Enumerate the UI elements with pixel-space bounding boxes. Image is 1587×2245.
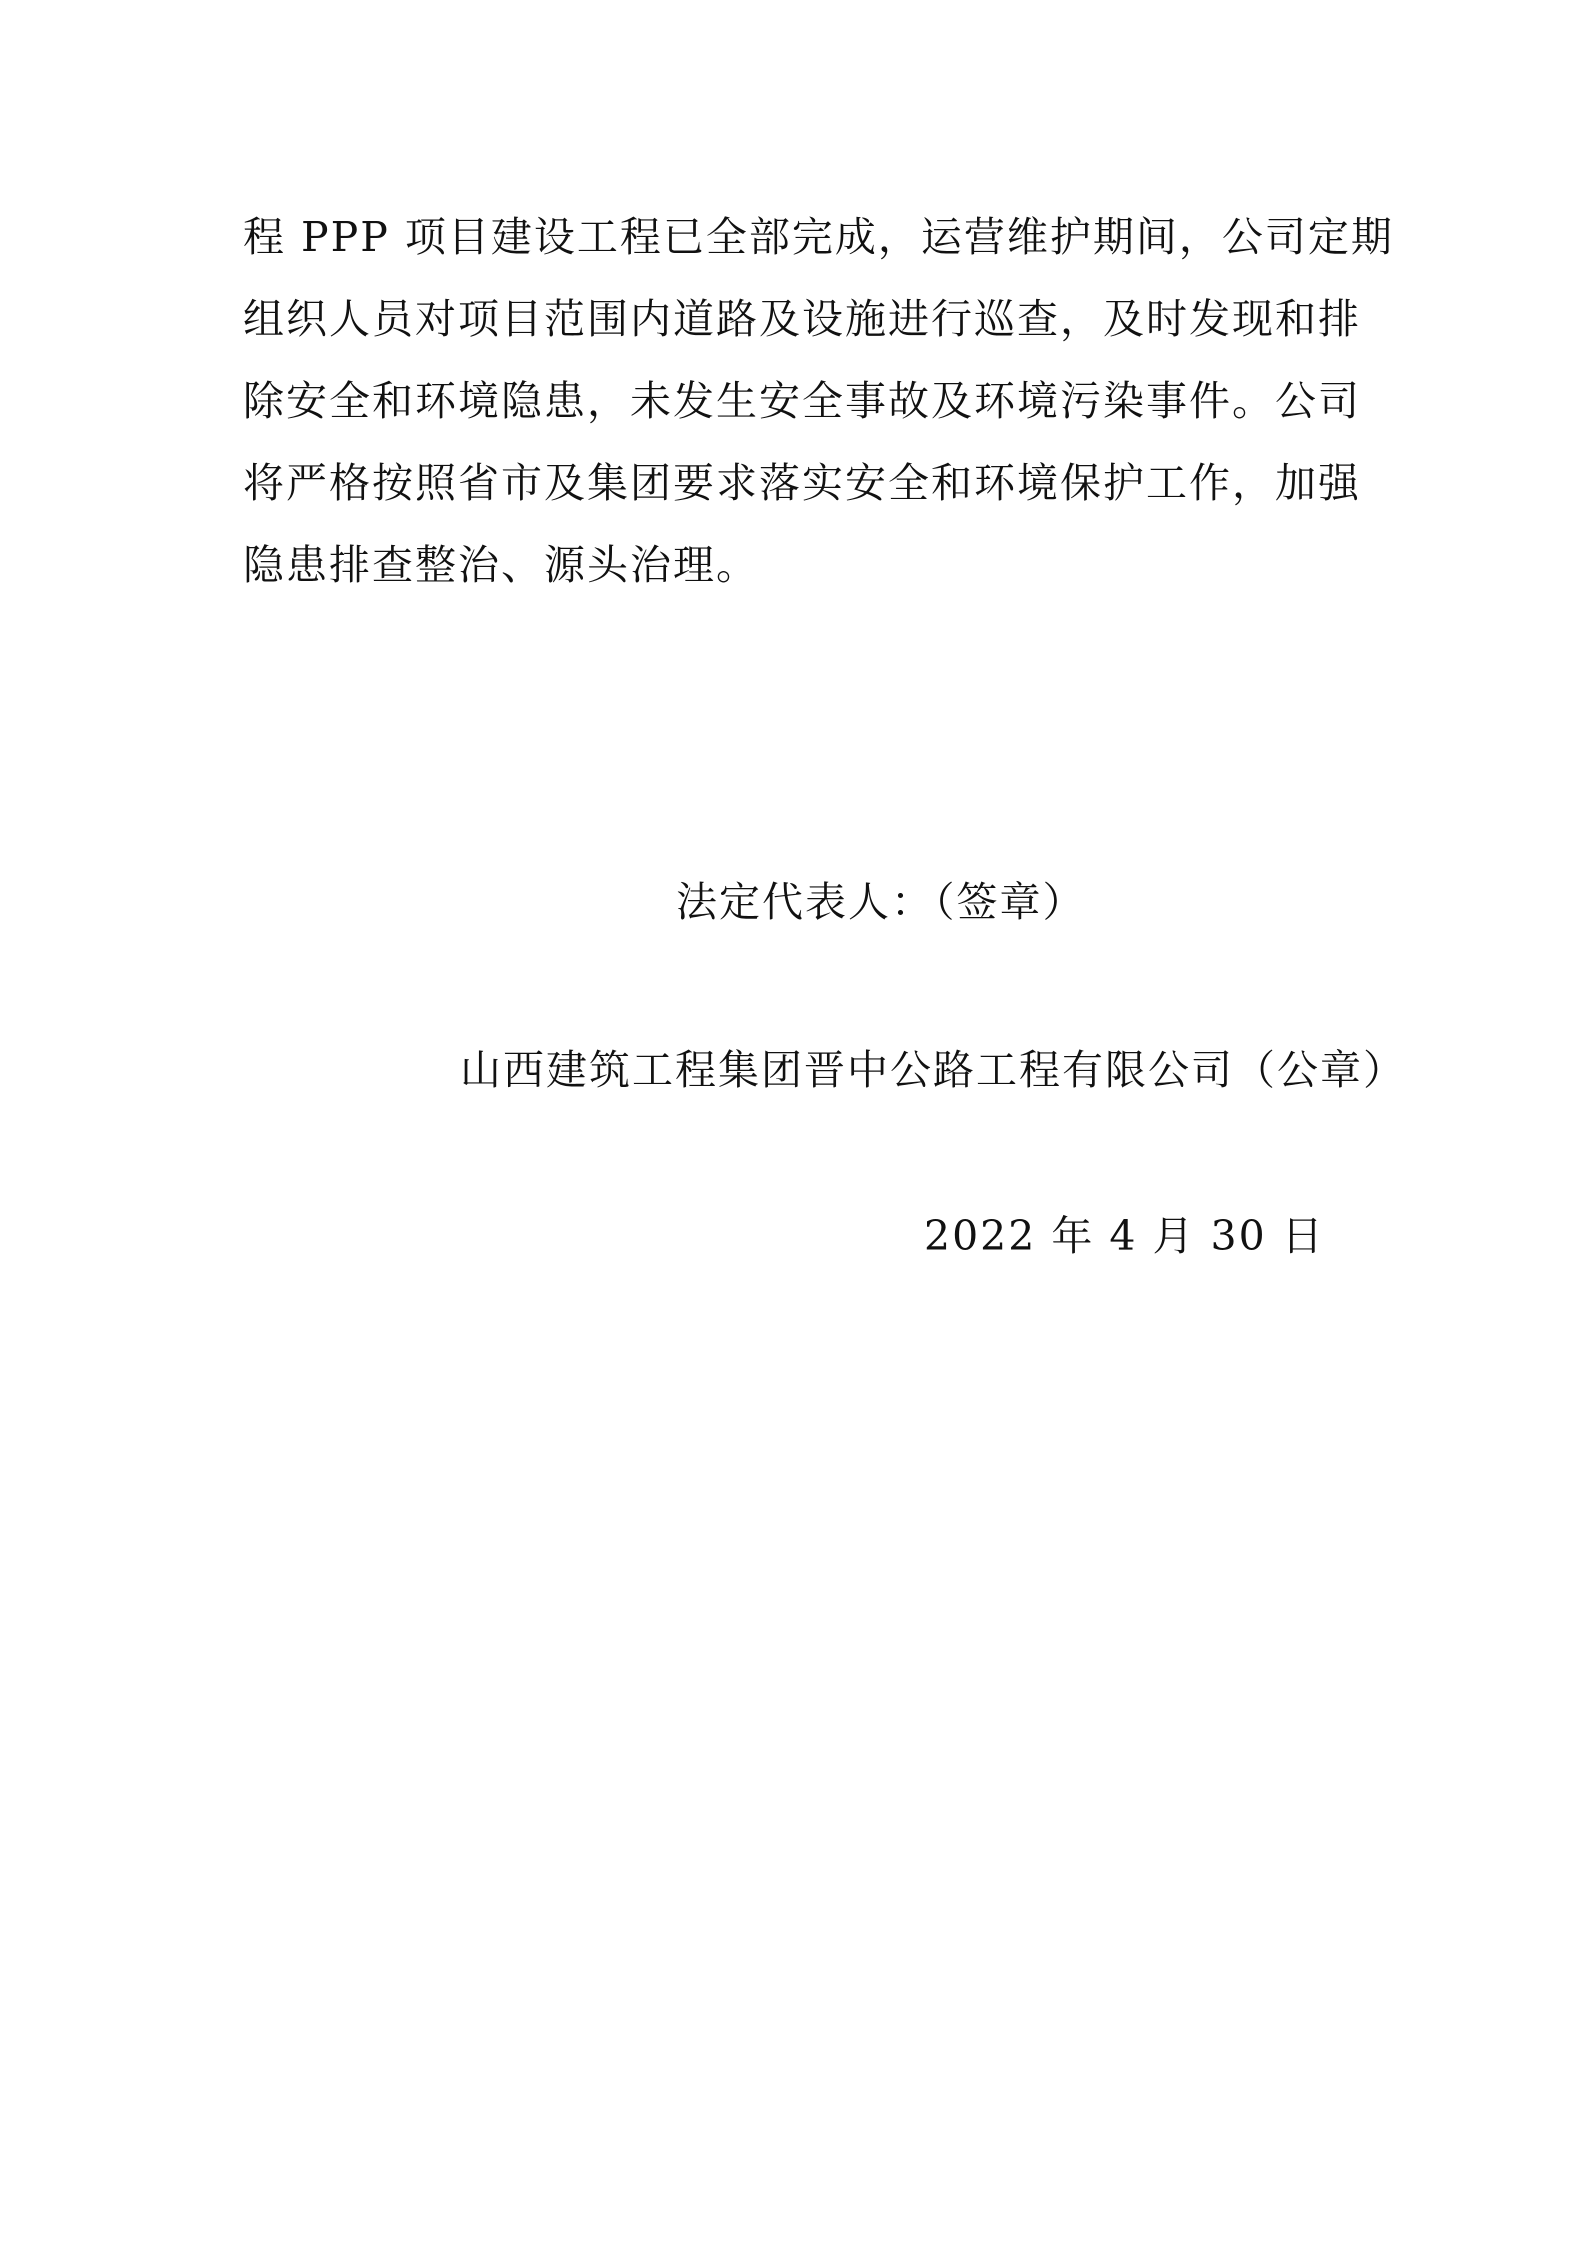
paragraph-line: 隐患排查整治、源头治理。 [243, 535, 1353, 617]
paragraph-line: 程 PPP 项目建设工程已全部完成，运营维护期间，公司定期 [243, 207, 1353, 289]
body-paragraph: 程 PPP 项目建设工程已全部完成，运营维护期间，公司定期 组织人员对项目范围内… [243, 207, 1353, 617]
company-seal-line: 山西建筑工程集团晋中公路工程有限公司（公章） [460, 1040, 1406, 1100]
paragraph-line: 组织人员对项目范围内道路及设施进行巡查，及时发现和排 [243, 289, 1353, 371]
legal-representative-signature: 法定代表人：（签章） [676, 872, 1086, 932]
document-date: 2022 年 4 月 30 日 [924, 1206, 1325, 1266]
document-page: 程 PPP 项目建设工程已全部完成，运营维护期间，公司定期 组织人员对项目范围内… [0, 0, 1587, 2245]
paragraph-line: 将严格按照省市及集团要求落实安全和环境保护工作，加强 [243, 453, 1353, 535]
paragraph-line: 除安全和环境隐患，未发生安全事故及环境污染事件。公司 [243, 371, 1353, 453]
